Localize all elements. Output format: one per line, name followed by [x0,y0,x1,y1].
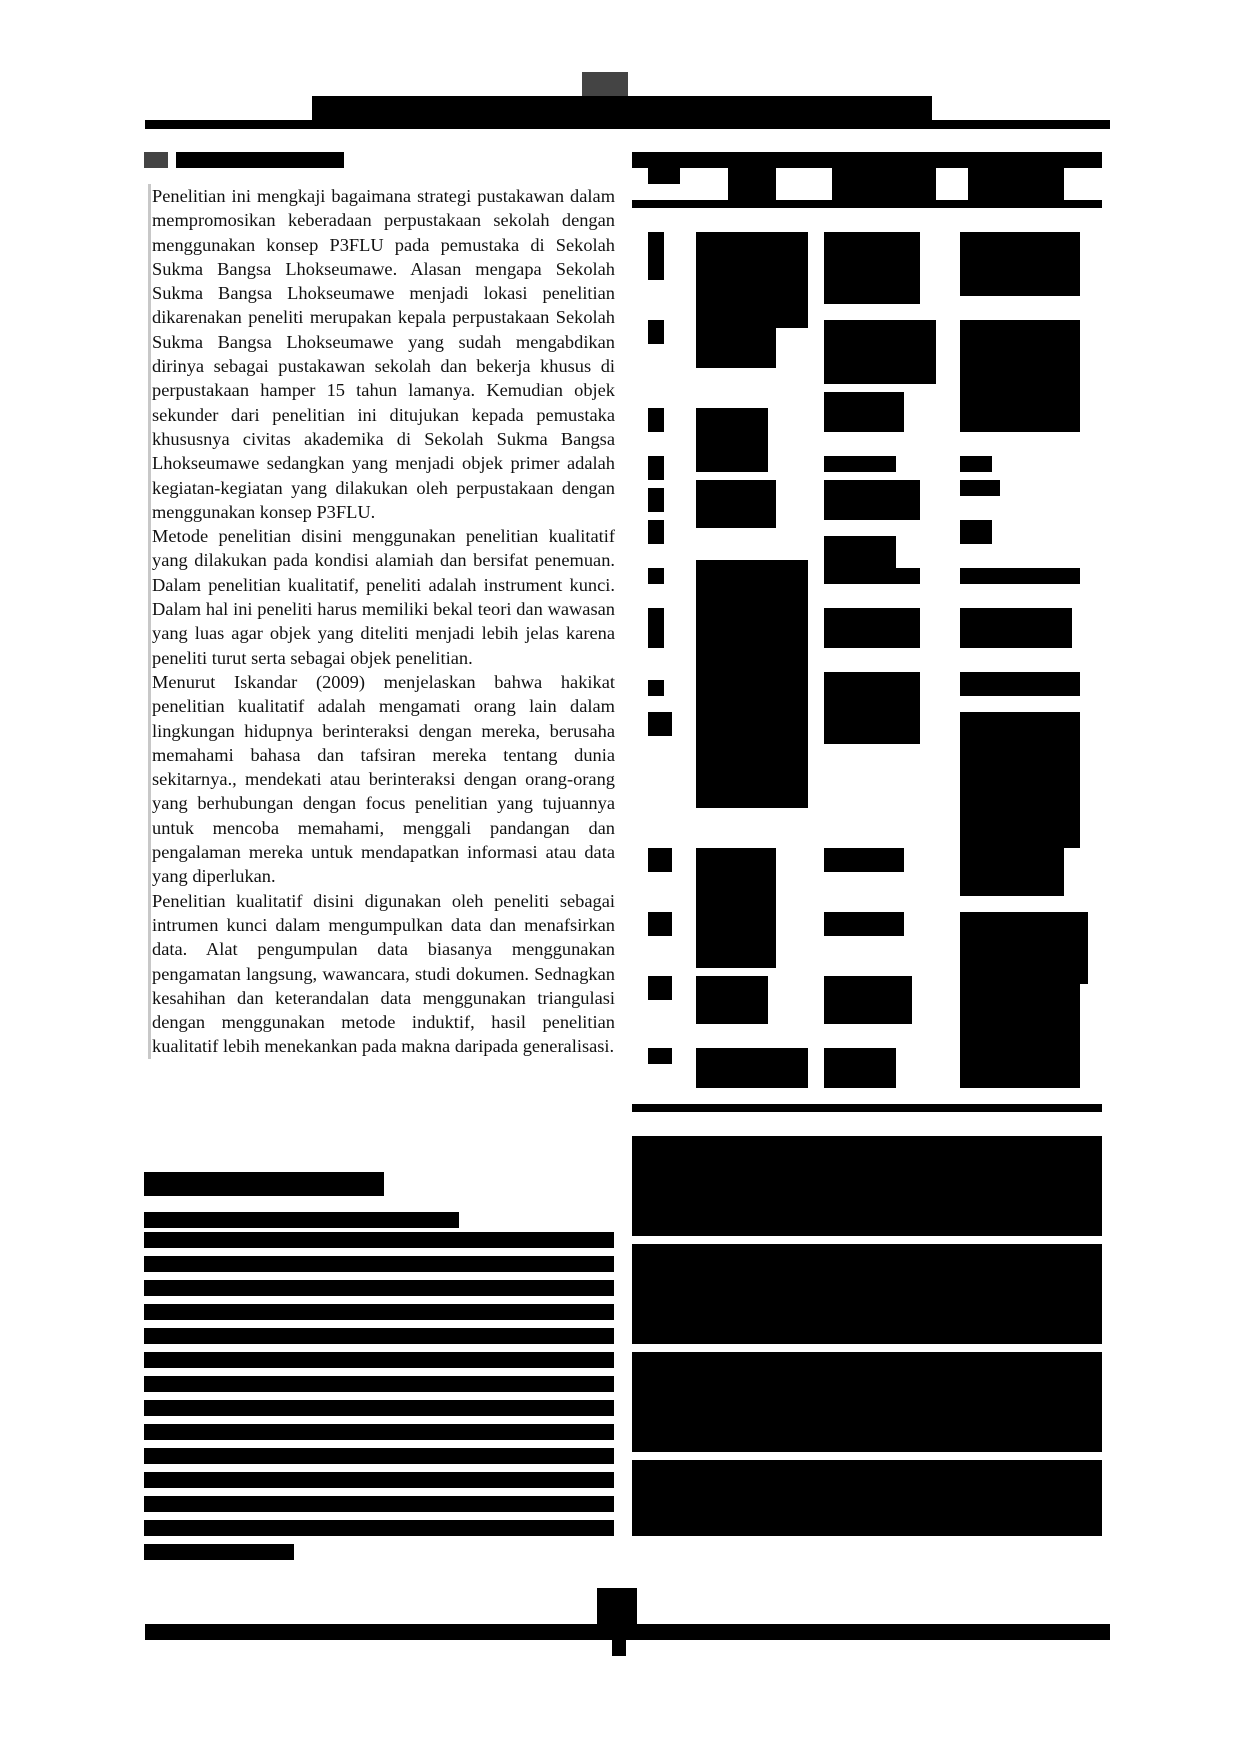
table-cell-redacted [824,456,896,472]
header-rule [145,120,1110,129]
section-number-redacted [144,152,168,168]
table-cell-number [648,848,672,872]
table-cell-redacted [824,672,920,744]
table-cell-redacted [824,1048,896,1088]
redacted-line [144,1400,614,1416]
table-cell-redacted [696,976,768,1024]
redacted-line [144,1232,614,1248]
redacted-line [144,1520,614,1536]
table-cell-redacted [960,912,1088,984]
table-cell-redacted [960,568,1080,584]
table-cell-redacted [824,320,936,384]
table-cell-number [648,320,664,344]
table-cell-redacted [960,608,1072,648]
table-cell-redacted [824,568,920,584]
table-cell-redacted [696,560,808,808]
journal-title-redacted [582,72,628,96]
section-heading-redacted [144,1172,384,1196]
footer-rule [145,1624,1110,1640]
paragraph: Metode penelitian disini menggunakan pen… [148,524,615,670]
table-cell-number [648,520,664,544]
redacted-paragraph [632,1352,1102,1452]
table-cell-redacted [696,480,776,528]
redacted-line [144,1304,614,1320]
redacted-paragraph [632,1460,1102,1536]
table-cell-redacted [960,232,1080,296]
table-cell-redacted [696,232,808,328]
table-cell-number [648,608,664,648]
table-cell-number [648,976,672,1000]
table-cell-redacted [824,480,920,520]
table-cell-redacted [960,672,1080,696]
table-cell-redacted [960,848,1064,896]
table-cell-number [648,456,664,480]
redacted-line [144,1376,614,1392]
table-cell-redacted [696,1048,808,1088]
table-cell-number [648,232,664,280]
redacted-paragraph [632,1244,1102,1344]
table-cell-number [648,408,664,432]
table-cell-redacted [696,408,768,472]
table-cell-redacted [960,984,1080,1088]
redacted-line [144,1280,614,1296]
table-cell-redacted [960,456,992,472]
table-header-rule [632,200,1102,208]
redacted-line [144,1496,614,1512]
table-cell-number [648,488,664,512]
redacted-line [144,1448,614,1464]
paragraph: Penelitian kualitatif disini digunakan o… [148,889,615,1059]
journal-subtitle-redacted [312,96,932,120]
table-cell-number [648,568,664,584]
table-cell-redacted [824,232,920,304]
redacted-paragraph [632,1136,1102,1236]
table-cell-redacted [824,976,912,1024]
table-cell-redacted [696,848,776,968]
table-cell-number [648,680,664,696]
subsection-heading-redacted [144,1212,459,1228]
table-bottom-rule [632,1104,1102,1112]
paragraph: Penelitian ini mengkaji bagaimana strate… [148,184,615,524]
table-cell-redacted [960,712,1080,848]
table-cell-redacted [960,520,992,544]
redacted-line [144,1472,614,1488]
paragraph: Menurut Iskandar (2009) menjelaskan bahw… [148,670,615,889]
redacted-line [144,1544,294,1560]
table-cell-redacted [960,320,1080,432]
table-cell-redacted [824,848,904,872]
method-section-body: Penelitian ini mengkaji bagaimana strate… [148,184,615,1059]
redacted-line [144,1256,614,1272]
table-cell-redacted [824,912,904,936]
redacted-line [144,1328,614,1344]
table-cell-number [648,912,672,936]
table-cell-number [648,1048,672,1064]
page-number-redacted [597,1588,637,1624]
redacted-line [144,1424,614,1440]
table-cell-redacted [960,480,1000,496]
section-heading-redacted [176,152,344,168]
table-cell-number [648,712,672,736]
redacted-line [144,1352,614,1368]
table-cell-redacted [824,392,904,432]
table-header-redacted [648,168,680,184]
page-number-redacted [612,1640,626,1656]
table-cell-redacted [696,320,776,368]
table-cell-redacted [824,608,920,648]
table-top-rule [632,152,1102,168]
